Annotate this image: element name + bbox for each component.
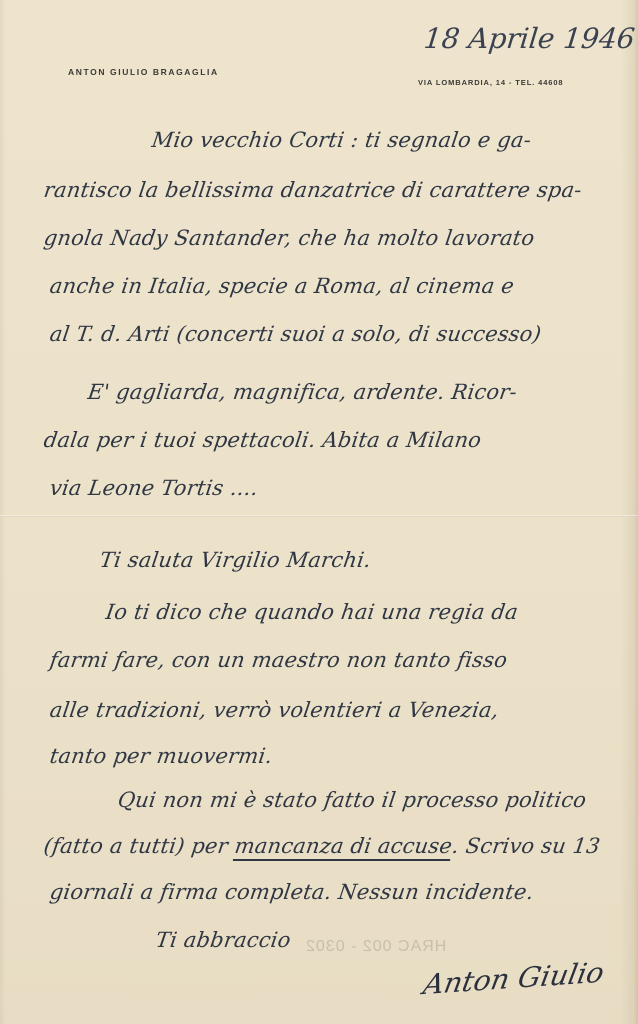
body-line: Mio vecchio Corti : ti segnalo e ga- (150, 128, 533, 152)
signature: Anton Giulio (421, 956, 607, 1001)
body-line: gnola Nady Santander, che ha molto lavor… (42, 226, 536, 250)
body-line: alle tradizioni, verrò volentieri a Vene… (48, 698, 500, 722)
body-line: farmi fare, con un maestro non tanto fis… (48, 648, 509, 672)
closing-line: Ti abbraccio (154, 928, 292, 952)
body-line: via Leone Tortis .... (48, 476, 259, 500)
letter-date: 18 Aprile 1946 (422, 22, 636, 55)
letterhead-address: VIA LOMBARDIA, 14 - TEL. 44608 (418, 78, 564, 87)
body-line: dala per i tuoi spettacoli. Abita a Mila… (42, 428, 483, 452)
body-line-with-underline: (fatto a tutti) per mancanza di accuse. … (42, 834, 601, 858)
underlined-phrase: mancanza di accuse (233, 834, 454, 858)
letter-page: ANTON GIULIO BRAGAGLIA VIA LOMBARDIA, 14… (0, 0, 638, 1024)
body-line: (fatto a tutti) per mancanza di accuse. … (42, 834, 601, 858)
body-line: rantisco la bellissima danzatrice di car… (42, 178, 583, 202)
body-line: Io ti dico che quando hai una regia da (104, 600, 519, 624)
body-line: anche in Italia, specie a Roma, al cinem… (48, 274, 515, 298)
body-line: Qui non mi è stato fatto il processo pol… (116, 788, 588, 812)
body-line: Ti saluta Virgilio Marchi. (98, 548, 372, 572)
body-line: al T. d. Arti (concerti suoi a solo, di … (48, 322, 543, 346)
body-line: giornali a firma completa. Nessun incide… (48, 880, 535, 904)
paper-fold-line (0, 515, 638, 517)
body-line: tanto per muovermi. (48, 744, 274, 768)
body-line: E' gagliarda, magnifica, ardente. Ricor- (86, 380, 518, 404)
letterhead-name: ANTON GIULIO BRAGAGLIA (68, 67, 219, 77)
archive-stamp-bleedthrough: HRAC 002 - 0302 (305, 938, 446, 956)
